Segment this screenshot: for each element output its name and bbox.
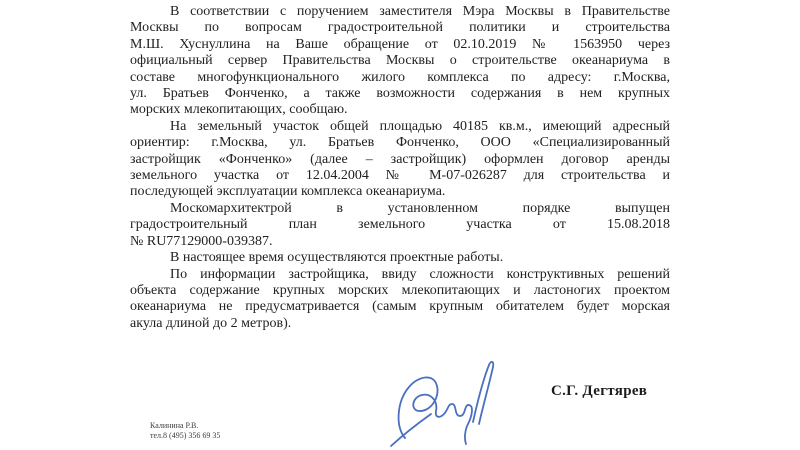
executor-name: Калинина Р.В. [150,421,220,431]
letter-line: морских млекопитающих, сообщаю. [130,102,670,118]
letter-line: составе многофункционального жилого комп… [130,70,670,86]
signatory-name: С.Г. Дегтярев [551,383,647,400]
letter-line: В настоящее время осуществляются проектн… [130,250,670,266]
letter-line: ул. Братьев Фонченко, а также возможност… [130,86,670,102]
letter-line: последующей эксплуатации комплекса океан… [130,184,670,200]
letter-line: официальный сервер Правительства Москвы … [130,53,670,69]
letter-line: № RU77129000-039387. [130,234,670,250]
signature-handwriting-icon [388,356,520,450]
executor-block: Калинина Р.В. тел.8 (495) 356 69 35 [150,421,220,441]
letter-line: На земельный участок общей площадью 4018… [130,119,670,135]
paragraph: В соответствии с поручением заместителя … [130,4,670,119]
letter-line: В соответствии с поручением заместителя … [130,4,670,20]
letter-line: Москомархитектрой в установленном порядк… [130,201,670,217]
letter-line: По информации застройщика, ввиду сложнос… [130,267,670,283]
executor-phone: тел.8 (495) 356 69 35 [150,431,220,441]
letter-line: градостроительный план земельного участк… [130,217,670,233]
letter-line: М.Ш. Хуснуллина на Ваше обращение от 02.… [130,37,670,53]
letter-line: ориентир: г.Москва, ул. Братьев Фонченко… [130,135,670,151]
paragraph: Москомархитектрой в установленном порядк… [130,201,670,250]
letter-line: акула длиной до 2 метров). [130,316,670,332]
paragraph: В настоящее время осуществляются проектн… [130,250,670,266]
letter-body: В соответствии с поручением заместителя … [130,4,670,332]
paragraph: На земельный участок общей площадью 4018… [130,119,670,201]
paragraph: По информации застройщика, ввиду сложнос… [130,267,670,333]
letter-line: объекта содержание крупных морских млеко… [130,283,670,299]
letter-line: океанариума не предусматривается (самым … [130,299,670,315]
letter-line: Москвы по вопросам градостроительной пол… [130,20,670,36]
letter-line: застройщик «Фонченко» (далее – застройщи… [130,152,670,168]
letter-line: земельного участка от 12.04.2004 № М-07-… [130,168,670,184]
